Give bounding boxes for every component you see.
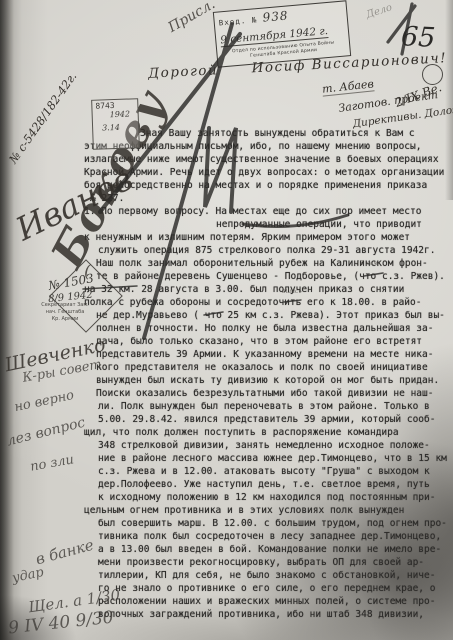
margin-box-stamp: 8743 1942 3.14	[91, 98, 140, 150]
typed-line: вынужден был искать ту дивизию к которой…	[84, 374, 449, 387]
typed-line: кого представителя не оказалось и полк п…	[84, 361, 449, 374]
typed-line: тивника полк был сосредоточен в лесу зап…	[84, 530, 449, 543]
box-stamp-year: 1942	[110, 109, 135, 119]
secretariat-stamp-writing: № 1503 8/9 1942	[48, 272, 128, 301]
typed-line: непродуманные операции, что приводит	[84, 218, 449, 231]
handwritten-registry-number: № с-5428/182-42г.	[6, 70, 79, 166]
typed-line: 348 стрелковой дивизии, занять немедленн…	[84, 439, 449, 452]
handwritten-scrawl-top: Присл.	[165, 0, 218, 36]
typed-line: а в 13.00 был введен в бой. Командование…	[84, 543, 449, 556]
typed-line: служить операция 875 стрелкового полка 2…	[84, 244, 449, 257]
secretariat-stamp-text: Секретариат Зам. нач. Генштаба Кр. Армии	[26, 302, 104, 323]
typed-line: Поиски оказались безрезультатными ибо та…	[84, 387, 449, 400]
page-number: 65	[400, 21, 436, 54]
box-stamp-note: 3.14	[102, 122, 135, 132]
typed-line: дер.Полофеево. Уже наступил день, т.е. с…	[84, 478, 449, 491]
typed-line: полка с рубежа обороны и сосредоточить е…	[84, 296, 449, 309]
typed-line: полнен в точности. Но полку не была изве…	[84, 322, 449, 335]
typed-line: щил, что полк должен поступить в распоря…	[84, 426, 449, 439]
typed-letter-body: Зная Вашу занятость вынуждены обратиться…	[84, 127, 449, 621]
margin-note-2: но верно	[13, 388, 75, 415]
typed-line: ние в районе лесного массива южнее дер.Т…	[84, 452, 449, 465]
greeting-gap	[224, 73, 246, 74]
typed-line: те в районе деревень Сушенцево - Подборо…	[84, 270, 449, 283]
typed-line: Красной Армии. Речь идет о двух вопросах…	[84, 166, 449, 179]
handwritten-addressee-small: т. Абаев	[321, 77, 374, 96]
handwritten-resolution-note2: Директивы. Доложить	[352, 100, 453, 131]
secretariat-line3: Кр. Армии	[26, 316, 104, 323]
stamp-number-value: 938	[262, 8, 289, 24]
typed-line: тиллерии, КП для себя, не было знакомо с…	[84, 569, 449, 582]
circle-mark	[422, 64, 443, 85]
margin-note-6: удар	[11, 565, 45, 586]
typed-line: с.з. Ржева и в 12.00. атаковать высоту "…	[84, 465, 449, 478]
typed-line: Наш полк занимал оборонительный рубеж на…	[84, 257, 449, 270]
typed-line: был совершить марш. В 12.00. с большим т…	[84, 517, 449, 530]
typed-line: цельным огнем противника и в этих услови…	[84, 504, 449, 517]
typed-line: на 32 км. 28 августа в 3.00. был получен…	[84, 283, 449, 296]
handwritten-date-signature: 2/IX Ве.	[393, 80, 443, 110]
typed-line: мени произвести рекогносцировку, выбрать…	[84, 556, 449, 569]
typed-line: ли. Полк вынужден был переночевать в это…	[84, 400, 449, 413]
secretariat-line2: нач. Генштаба	[26, 309, 104, 316]
typed-line: № 227.	[84, 192, 449, 205]
pencil-word-near-page-number: Дело	[365, 2, 394, 21]
margin-note-4: по зли	[29, 452, 75, 474]
typed-line: расположении наших и вражеских минных по…	[84, 595, 449, 608]
secretariat-line1: Секретариат Зам.	[26, 302, 104, 309]
scanned-letter-page: Зная Вашу занятость вынуждены обратиться…	[0, 0, 453, 640]
typed-line: представитель 39 Армии. К указанному вре…	[84, 348, 449, 361]
incoming-registration-stamp: Вход. № 938 9 сентября 1942 г. Отдел по …	[213, 0, 351, 67]
typed-line: 5.00. 29.8.42. явился представитель 39 а…	[84, 413, 449, 426]
typed-line: го не знало о противнике о его силе, о е…	[84, 582, 449, 595]
handwritten-resolution-note1: Заготов. проект	[338, 88, 439, 115]
greeting-word: Дорогой	[148, 62, 219, 82]
typed-line: к исходному положению в 12 км находился …	[84, 491, 449, 504]
typed-line: дача, было только сказано, что в этом ра…	[84, 335, 449, 348]
typed-line: не дер.Муравьево ( что 25 км с.з. Ржева)…	[84, 309, 449, 322]
typed-line: 1. По первому вопросу. На местах еще до …	[84, 205, 449, 218]
typed-line: волочных заграждений противника, ибо ни …	[84, 608, 449, 621]
typed-line: боя непосредственно на местах и о порядк…	[84, 179, 449, 192]
book-spine-shadow	[0, 0, 14, 640]
stamp-number-label: Вход. №	[218, 15, 257, 27]
margin-note-3: лез вопрос	[5, 415, 87, 450]
typed-line: к ненужным и излишним потерям. Ярким при…	[84, 231, 449, 244]
typed-line: излагаемые ниже имеют существенное значе…	[84, 153, 449, 166]
